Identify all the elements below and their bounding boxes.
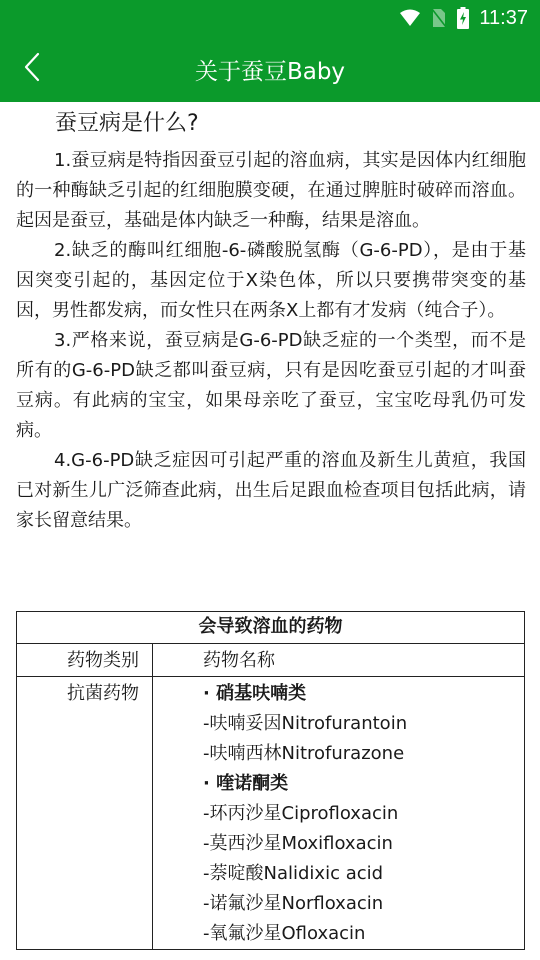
paragraph: 1.蚕豆病是特指因蚕豆引起的溶血病，其实是因体内红细胞的一种酶缺乏引起的红细胞膜… [16,146,526,236]
battery-charging-icon [457,7,469,29]
table-title: 会导致溶血的药物 [17,612,524,644]
drug-item: -环丙沙星Ciprofloxacin [203,799,524,829]
drug-item: -呋喃妥因Nitrofurantoin [203,709,524,739]
paragraph: 2.缺乏的酶叫红细胞-6-磷酸脱氢酶（G-6-PD），是由于基因突变引起的，基因… [16,236,526,326]
status-bar: 11:37 [0,0,540,36]
drug-group-title: · 喹诺酮类 [203,769,524,799]
page-title: 关于蚕豆Baby [195,53,345,86]
table-header-row: 药物类别 药物名称 [17,644,524,677]
paragraph: 3.严格来说，蚕豆病是G-6-PD缺乏症的一个类型，而不是所有的G-6-PD缺乏… [16,326,526,446]
header-category: 药物类别 [17,644,153,676]
drug-group-title: · 硝基呋喃类 [203,679,524,709]
drug-names: · 硝基呋喃类 -呋喃妥因Nitrofurantoin -呋喃西林Nitrofu… [153,677,524,949]
back-button[interactable] [14,48,50,90]
chevron-left-icon [23,52,41,86]
status-time: 11:37 [479,7,528,30]
article-heading: 蚕豆病是什么? [55,110,199,138]
table-row: 抗菌药物 · 硝基呋喃类 -呋喃妥因Nitrofurantoin -呋喃西林Ni… [17,677,524,950]
drug-table: 会导致溶血的药物 药物类别 药物名称 抗菌药物 · 硝基呋喃类 -呋喃妥因Nit… [16,611,525,950]
paragraph: 4.G-6-PD缺乏症因可引起严重的溶血及新生儿黄疸，我国已对新生儿广泛筛查此病… [16,446,526,536]
drug-item: -莫西沙星Moxifloxacin [203,829,524,859]
wifi-icon [399,9,421,27]
article-paragraphs: 1.蚕豆病是特指因蚕豆引起的溶血病，其实是因体内红细胞的一种酶缺乏引起的红细胞膜… [16,146,526,536]
article-content[interactable]: 蚕豆病是什么? 1.蚕豆病是特指因蚕豆引起的溶血病，其实是因体内红细胞的一种酶缺… [0,102,540,960]
drug-item: -诺氟沙星Norfloxacin [203,889,524,919]
header-names: 药物名称 [153,644,524,676]
drug-item: -氧氟沙星Ofloxacin [203,919,524,949]
drug-item: -萘啶酸Nalidixic acid [203,859,524,889]
drug-category: 抗菌药物 [17,677,153,949]
no-sim-icon [431,8,447,28]
drug-item: -呋喃西林Nitrofurazone [203,739,524,769]
app-bar: 11:37 关于蚕豆Baby [0,0,540,102]
toolbar: 关于蚕豆Baby [0,36,540,102]
